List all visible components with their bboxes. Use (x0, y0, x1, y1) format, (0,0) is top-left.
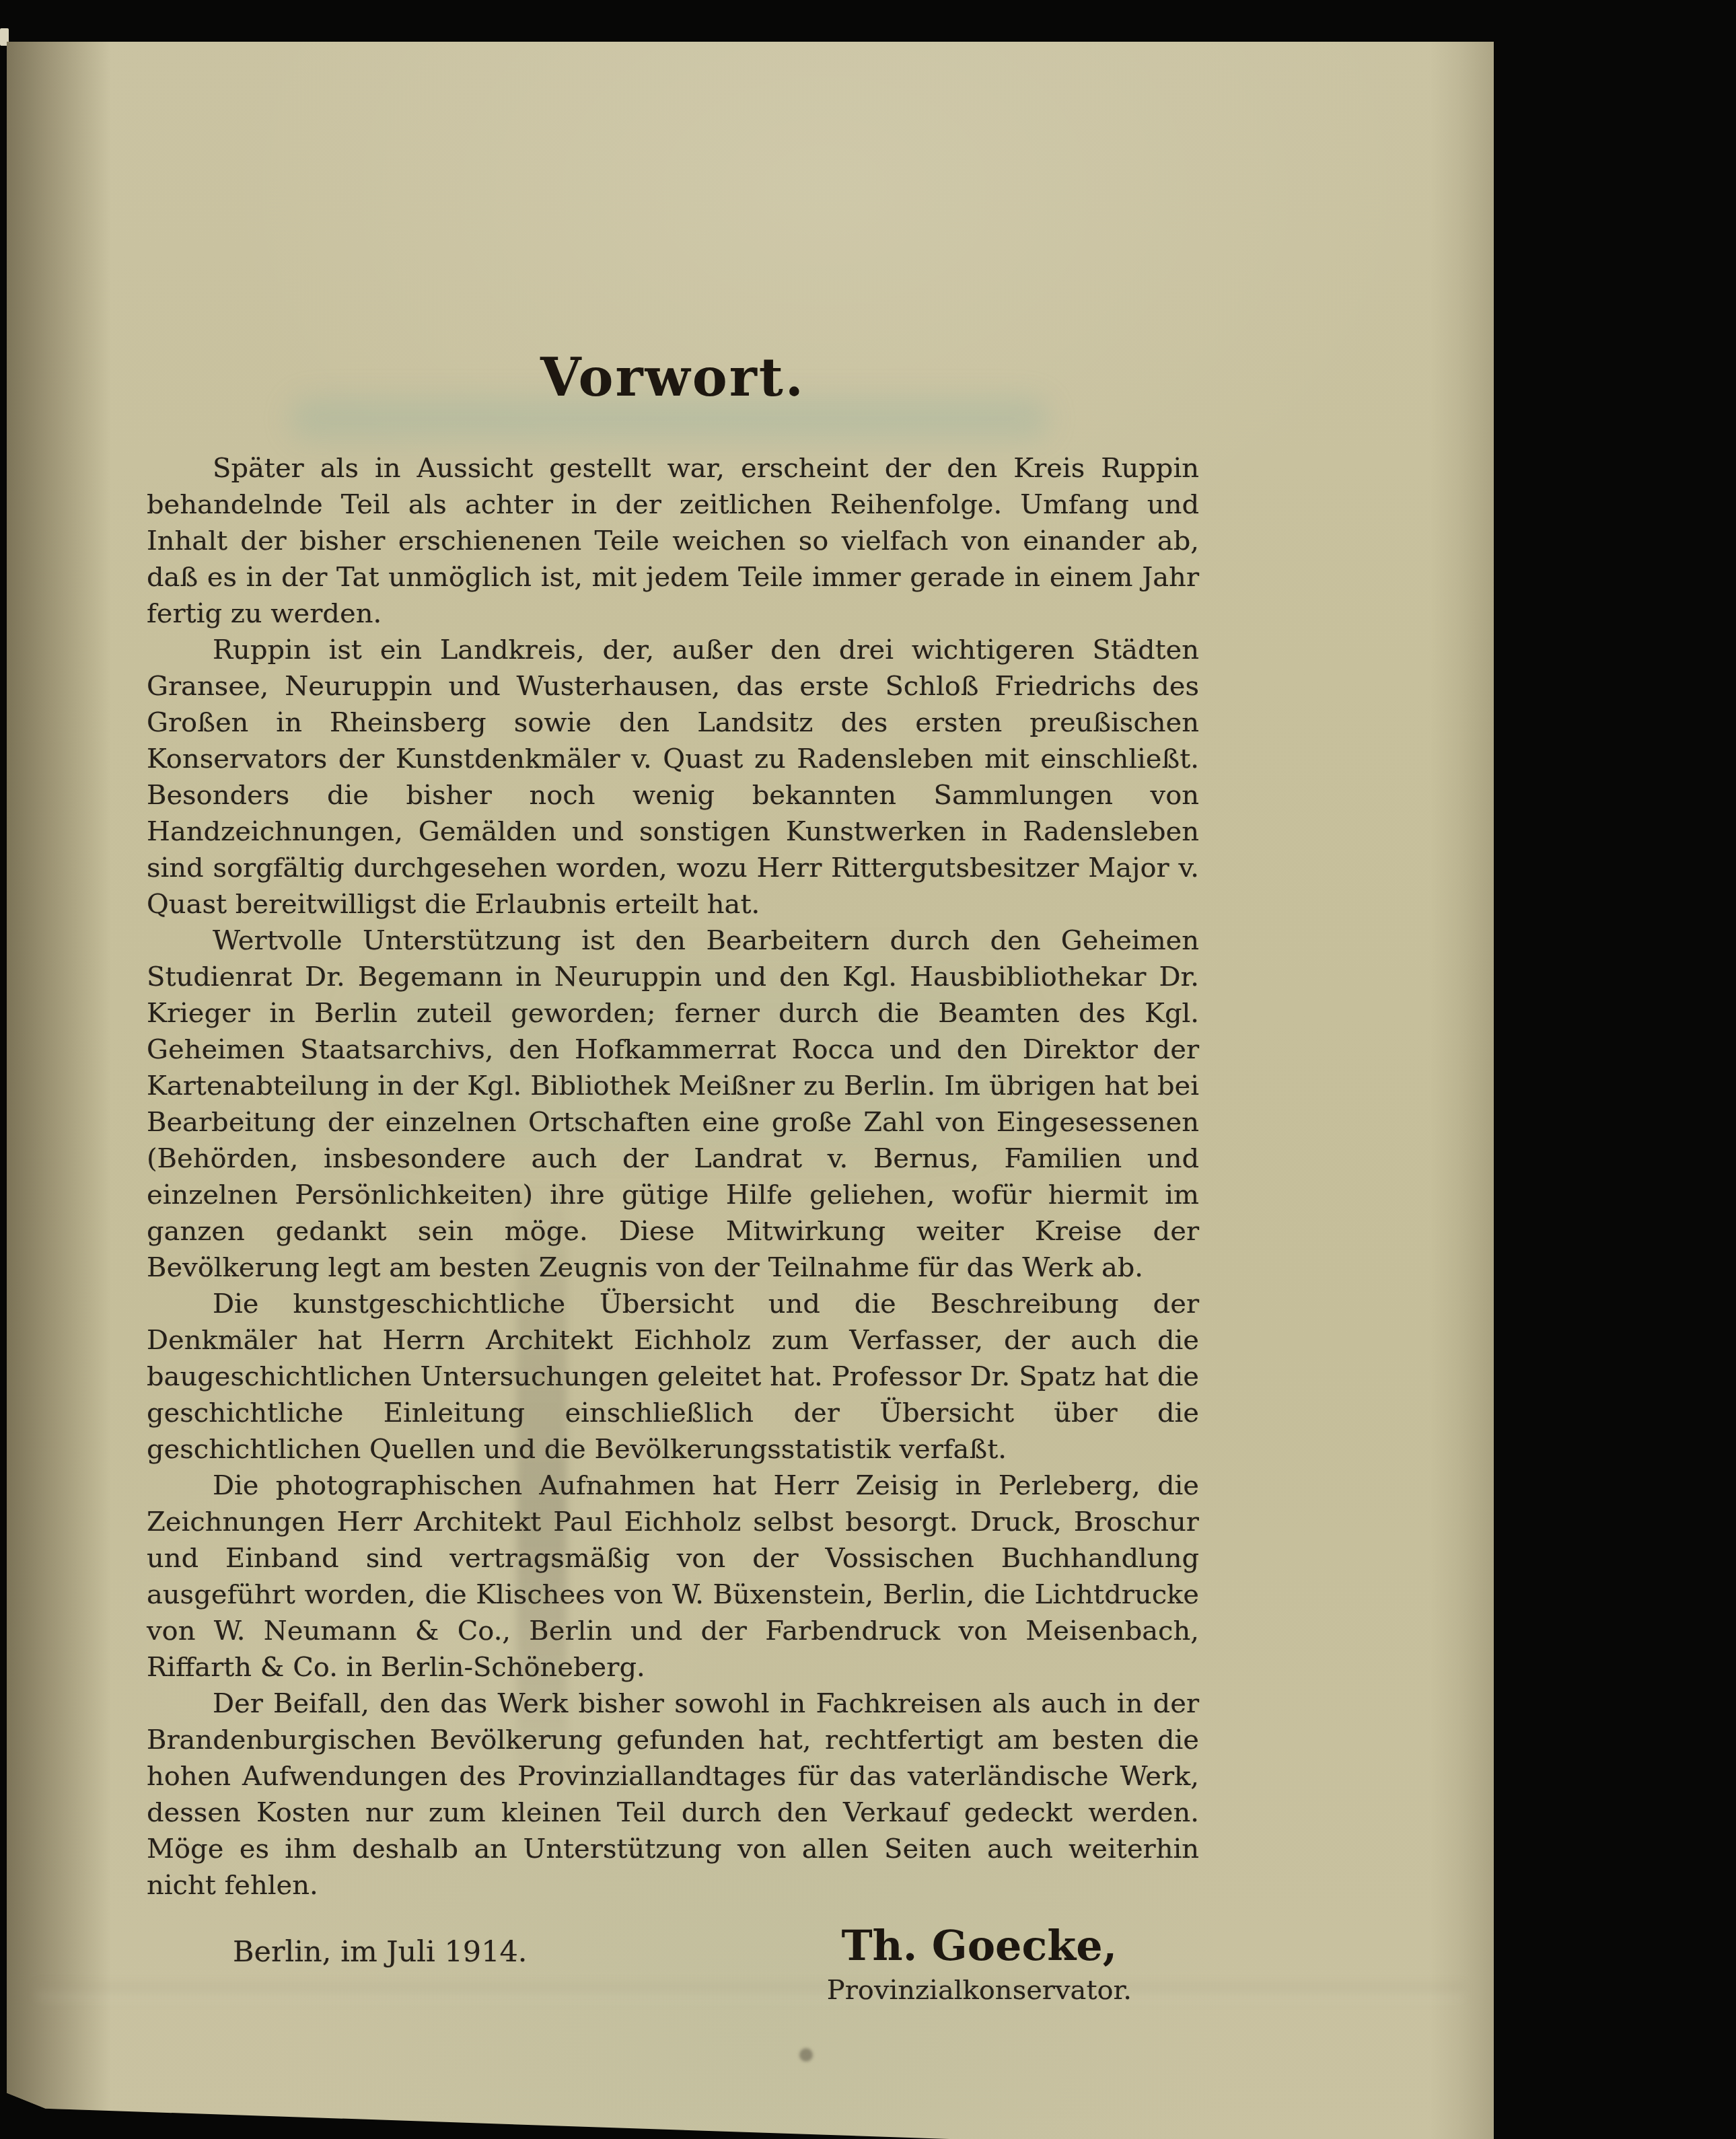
dateline: Berlin, im Juli 1914. (233, 1934, 528, 1969)
signature-role: Provinzialkonservator. (827, 1973, 1132, 2007)
spine-shadow (7, 42, 111, 2139)
page-curl-shade (1430, 42, 1494, 2139)
paragraph-2: Ruppin ist ein Landkreis, der, außer den… (147, 632, 1199, 922)
closing-block: Berlin, im Juli 1914. Th. Goecke, Provin… (147, 1921, 1199, 2062)
paragraph-3: Wertvolle Unterstützung ist den Bearbeit… (147, 922, 1199, 1286)
paragraph-6: Der Beifall, den das Werk bisher sowohl … (147, 1685, 1199, 1904)
scanned-book-page: Vorwort. Später als in Aussicht gestellt… (0, 0, 1736, 2139)
signature-name: Th. Goecke, (827, 1921, 1132, 1971)
preface-text: Später als in Aussicht gestellt war, ers… (147, 450, 1199, 1904)
paragraph-5: Die photographischen Aufnahmen hat Herr … (147, 1467, 1199, 1685)
signature-block: Th. Goecke, Provinzialkonservator. (827, 1921, 1132, 2007)
paragraph-4: Die kunstgeschichtliche Übersicht und di… (147, 1286, 1199, 1467)
paragraph-1: Später als in Aussicht gestellt war, ers… (147, 450, 1199, 632)
page-content: Vorwort. Später als in Aussicht gestellt… (147, 42, 1199, 2062)
page-title: Vorwort. (147, 348, 1199, 408)
book-page: Vorwort. Später als in Aussicht gestellt… (7, 42, 1494, 2139)
